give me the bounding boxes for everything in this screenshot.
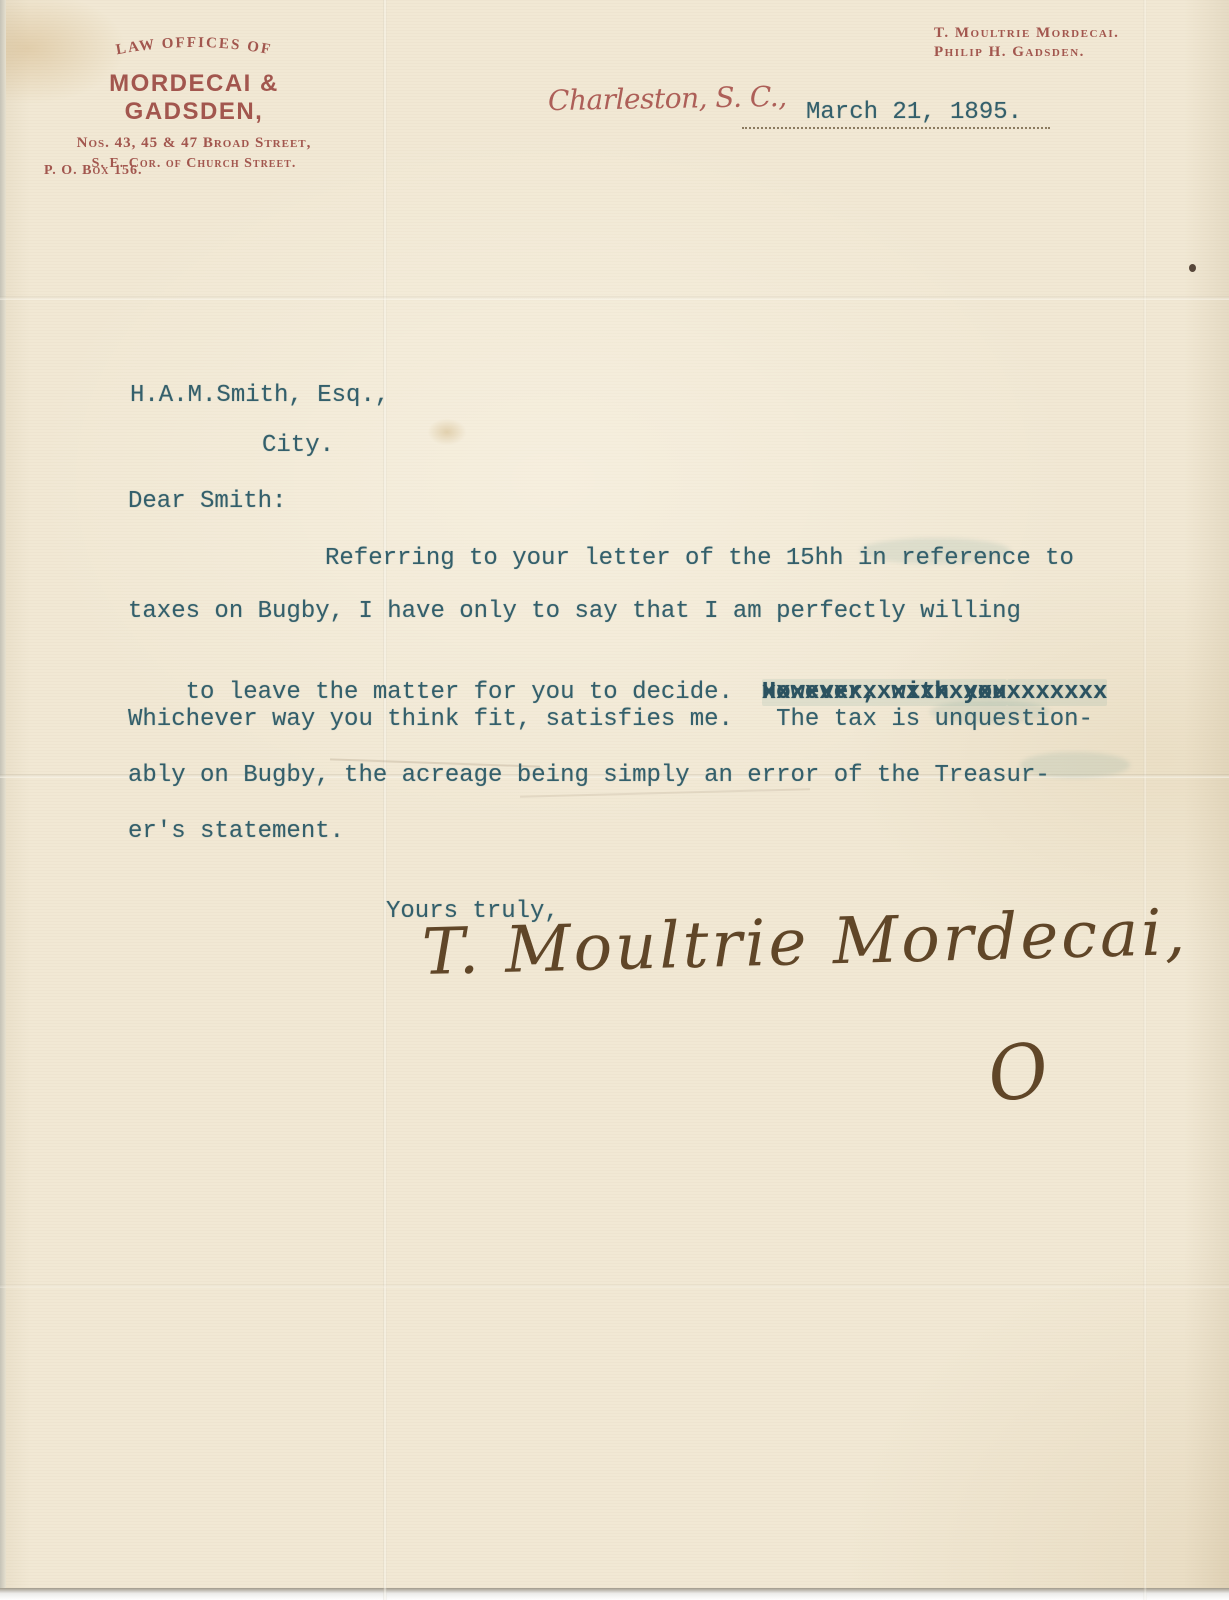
partner-name: Philip H. Gadsden.	[934, 43, 1119, 62]
body-line-pre: to leave the matter for you to decide.	[186, 679, 762, 706]
letter-page: LAW OFFICES OF MORDECAI & GADSDEN, Nos. …	[0, 0, 1229, 1600]
letterhead-partners-block: T. Moultrie Mordecai. Philip H. Gadsden.	[934, 24, 1119, 62]
salutation: Dear Smith:	[128, 488, 286, 515]
po-box: P. O. Box 156.	[44, 163, 143, 179]
typed-date: March 21, 1895.	[806, 99, 1022, 126]
letterhead-left-block: LAW OFFICES OF MORDECAI & GADSDEN, Nos. …	[38, 24, 350, 172]
recipient-name: H.A.M.Smith, Esq.,	[130, 382, 389, 409]
office-label-arch: LAW OFFICES OF	[44, 24, 344, 68]
firm-name: MORDECAI & GADSDEN,	[38, 70, 350, 126]
ink-speck	[1189, 264, 1196, 272]
vertical-fold-crease	[1143, 0, 1147, 1600]
scan-edge-bottom	[0, 1588, 1229, 1600]
horizontal-fold-crease	[0, 296, 1229, 300]
office-label: LAW OFFICES OF	[115, 35, 274, 58]
struck-text: However, with youxxxxxxxxxxxxxxxxx	[762, 679, 1007, 706]
struck-tail-x: xxxxxxx	[1007, 679, 1108, 706]
svg-text:LAW OFFICES OF: LAW OFFICES OF	[115, 35, 274, 58]
recipient-city: City.	[262, 432, 334, 459]
body-line: Whichever way you think fit, satisfies m…	[128, 706, 1093, 733]
scan-edge-left	[0, 0, 6, 1600]
paper-wrinkle	[520, 788, 810, 798]
struck-overlay-x: xxxxxxxxxxxxxxxxx	[762, 679, 1007, 706]
body-line: Referring to your letter of the 15hh in …	[325, 545, 1074, 572]
partner-name: T. Moultrie Mordecai.	[934, 24, 1119, 43]
street-address: Nos. 43, 45 & 47 Broad Street,	[38, 135, 350, 152]
signature-flourish: O	[981, 1025, 1056, 1120]
body-line: er's statement.	[128, 818, 344, 845]
body-line: taxes on Bugby, I have only to say that …	[128, 598, 1021, 625]
body-line: ably on Bugby, the acreage being simply …	[128, 762, 1050, 789]
vertical-fold-crease	[383, 0, 387, 1600]
horizontal-fold-crease	[0, 1284, 1229, 1288]
